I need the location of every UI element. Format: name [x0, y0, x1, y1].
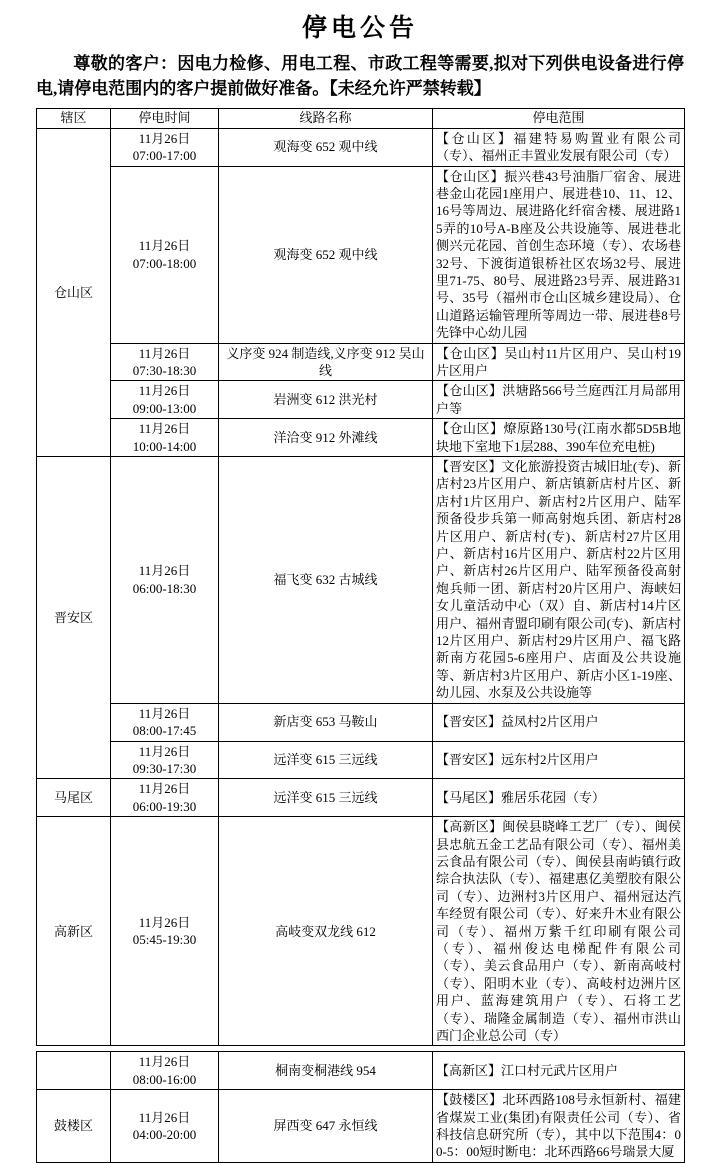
scope-cell: 【晋安区】远东村2片区用户: [433, 741, 685, 779]
line-cell: 新店变 653 马鞍山: [219, 703, 433, 741]
line-cell: 岩洲变 612 洪光村: [219, 381, 433, 419]
line-cell: 洋洽变 912 外滩线: [219, 419, 433, 457]
time-cell: 11月26日 06:00-18:30: [111, 457, 219, 704]
outage-time: 06:00-18:30: [114, 580, 215, 597]
outage-time: 10:00-14:00: [114, 438, 215, 455]
outage-date: 11月26日: [114, 345, 215, 362]
table-header-row: 辖区 停电时间 线路名称 停电范围: [37, 109, 685, 128]
time-cell: 11月26日 06:00-19:30: [111, 779, 219, 817]
line-cell: 福飞变 632 古城线: [219, 457, 433, 704]
time-cell: 11月26日 04:00-20:00: [111, 1090, 219, 1163]
outage-date: 11月26日: [114, 130, 215, 147]
scope-cell: 【马尾区】雅居乐花园（专）: [433, 779, 685, 817]
scope-cell: 【仓山区】振兴巷43号油脂厂宿舍、展进巷金山花园1座用户、展进巷10、11、12…: [433, 166, 685, 343]
outage-date: 11月26日: [114, 420, 215, 437]
table-row: 11月26日 09:00-13:00 岩洲变 612 洪光村 【仓山区】洪塘路5…: [37, 381, 685, 419]
line-cell: 观海变 652 观中线: [219, 166, 433, 343]
outage-date: 11月26日: [114, 382, 215, 399]
outage-time: 07:00-17:00: [114, 147, 215, 164]
line-cell: 远洋变 615 三远线: [219, 779, 433, 817]
col-header-scope: 停电范围: [433, 109, 685, 128]
outage-date: 11月26日: [114, 1053, 215, 1070]
time-cell: 11月26日 09:00-13:00: [111, 381, 219, 419]
outage-date: 11月26日: [114, 1109, 215, 1126]
scope-cell: 【高新区】闽侯县晓峰工艺厂（专）、闽侯县忠航五金工艺品有限公司（专）、福州美云食…: [433, 817, 685, 1046]
scope-cell: 【仓山区】福建特易购置业有限公司（专）、福州正丰置业发展有限公司（专）: [433, 128, 685, 166]
time-cell: 11月26日 07:30-18:30: [111, 343, 219, 381]
outage-time: 04:00-20:00: [114, 1126, 215, 1143]
col-header-district: 辖区: [37, 109, 111, 128]
district-cell: 鼓楼区: [37, 1090, 111, 1163]
scope-cell: 【仓山区】燎原路130号(江南水都5D5B地块地下室地下1层288、390车位充…: [433, 419, 685, 457]
outage-time: 08:00-16:00: [114, 1071, 215, 1088]
outage-time: 09:00-13:00: [114, 400, 215, 417]
intro-paragraph: 尊敬的客户：因电力检修、用电工程、市政工程等需要,拟对下列供电设备进行停电,请停…: [36, 52, 684, 101]
table-row: 11月26日 08:00-17:45 新店变 653 马鞍山 【晋安区】益凤村2…: [37, 703, 685, 741]
time-cell: 11月26日 07:00-18:00: [111, 166, 219, 343]
scope-cell: 【晋安区】文化旅游投资古城旧址(专)、新店村23片区用户、新店镇新店村片区、新店…: [433, 457, 685, 704]
table-row: 仓山区 11月26日 07:00-17:00 观海变 652 观中线 【仓山区】…: [37, 128, 685, 166]
time-cell: 11月26日 10:00-14:00: [111, 419, 219, 457]
time-cell: 11月26日 08:00-17:45: [111, 703, 219, 741]
time-cell: 11月26日 08:00-16:00: [111, 1052, 219, 1090]
district-cell: 晋安区: [37, 457, 111, 779]
outage-date: 11月26日: [114, 914, 215, 931]
line-cell: 屏西变 647 永恒线: [219, 1090, 433, 1163]
line-cell: 观海变 652 观中线: [219, 128, 433, 166]
outage-date: 11月26日: [114, 705, 215, 722]
table-row: 高新区 11月26日 05:45-19:30 高岐变双龙线 612 【高新区】闽…: [37, 817, 685, 1046]
outage-time: 06:00-19:30: [114, 798, 215, 815]
outage-date: 11月26日: [114, 237, 215, 254]
table-row: 鼓楼区 11月26日 04:00-20:00 屏西变 647 永恒线 【鼓楼区】…: [37, 1090, 685, 1163]
outage-time: 09:30-17:30: [114, 760, 215, 777]
col-header-line: 线路名称: [219, 109, 433, 128]
scope-cell: 【晋安区】益凤村2片区用户: [433, 703, 685, 741]
scope-cell: 【高新区】江口村元武片区用户: [433, 1052, 685, 1090]
outage-time: 07:30-18:30: [114, 362, 215, 379]
table-row: 11月26日 07:00-18:00 观海变 652 观中线 【仓山区】振兴巷4…: [37, 166, 685, 343]
line-cell: 义序变 924 制造线,义序变 912 吴山线: [219, 343, 433, 381]
table-row: 11月26日 08:00-16:00 桐南变桐港线 954 【高新区】江口村元武…: [37, 1052, 685, 1090]
power-outage-notice-page: 停电公告 尊敬的客户：因电力检修、用电工程、市政工程等需要,拟对下列供电设备进行…: [36, 0, 684, 1163]
time-cell: 11月26日 09:30-17:30: [111, 741, 219, 779]
district-cell: [37, 1052, 111, 1090]
outage-date: 11月26日: [114, 780, 215, 797]
line-cell: 远洋变 615 三远线: [219, 741, 433, 779]
outage-table-secondary: 11月26日 08:00-16:00 桐南变桐港线 954 【高新区】江口村元武…: [36, 1051, 685, 1162]
col-header-time: 停电时间: [111, 109, 219, 128]
table-row: 11月26日 09:30-17:30 远洋变 615 三远线 【晋安区】远东村2…: [37, 741, 685, 779]
outage-time: 08:00-17:45: [114, 722, 215, 739]
district-cell: 仓山区: [37, 128, 111, 456]
district-cell: 高新区: [37, 817, 111, 1046]
outage-date: 11月26日: [114, 562, 215, 579]
line-cell: 高岐变双龙线 612: [219, 817, 433, 1046]
outage-date: 11月26日: [114, 743, 215, 760]
district-cell: 马尾区: [37, 779, 111, 817]
line-cell: 桐南变桐港线 954: [219, 1052, 433, 1090]
table-row: 11月26日 07:30-18:30 义序变 924 制造线,义序变 912 吴…: [37, 343, 685, 381]
outage-time: 07:00-18:00: [114, 255, 215, 272]
table-row: 11月26日 10:00-14:00 洋洽变 912 外滩线 【仓山区】燎原路1…: [37, 419, 685, 457]
table-row: 马尾区 11月26日 06:00-19:30 远洋变 615 三远线 【马尾区】…: [37, 779, 685, 817]
time-cell: 11月26日 07:00-17:00: [111, 128, 219, 166]
outage-time: 05:45-19:30: [114, 931, 215, 948]
time-cell: 11月26日 05:45-19:30: [111, 817, 219, 1046]
outage-table-main: 辖区 停电时间 线路名称 停电范围 仓山区 11月26日 07:00-17:00…: [36, 108, 685, 1046]
scope-cell: 【仓山区】洪塘路566号兰庭西江月局部用户等: [433, 381, 685, 419]
page-title: 停电公告: [36, 8, 684, 44]
scope-cell: 【鼓楼区】北环西路108号永恒新村、福建省煤炭工业(集团)有限责任公司（专）、省…: [433, 1090, 685, 1163]
table-row: 晋安区 11月26日 06:00-18:30 福飞变 632 古城线 【晋安区】…: [37, 457, 685, 704]
scope-cell: 【仓山区】吴山村11片区用户、吴山村19片区用户: [433, 343, 685, 381]
